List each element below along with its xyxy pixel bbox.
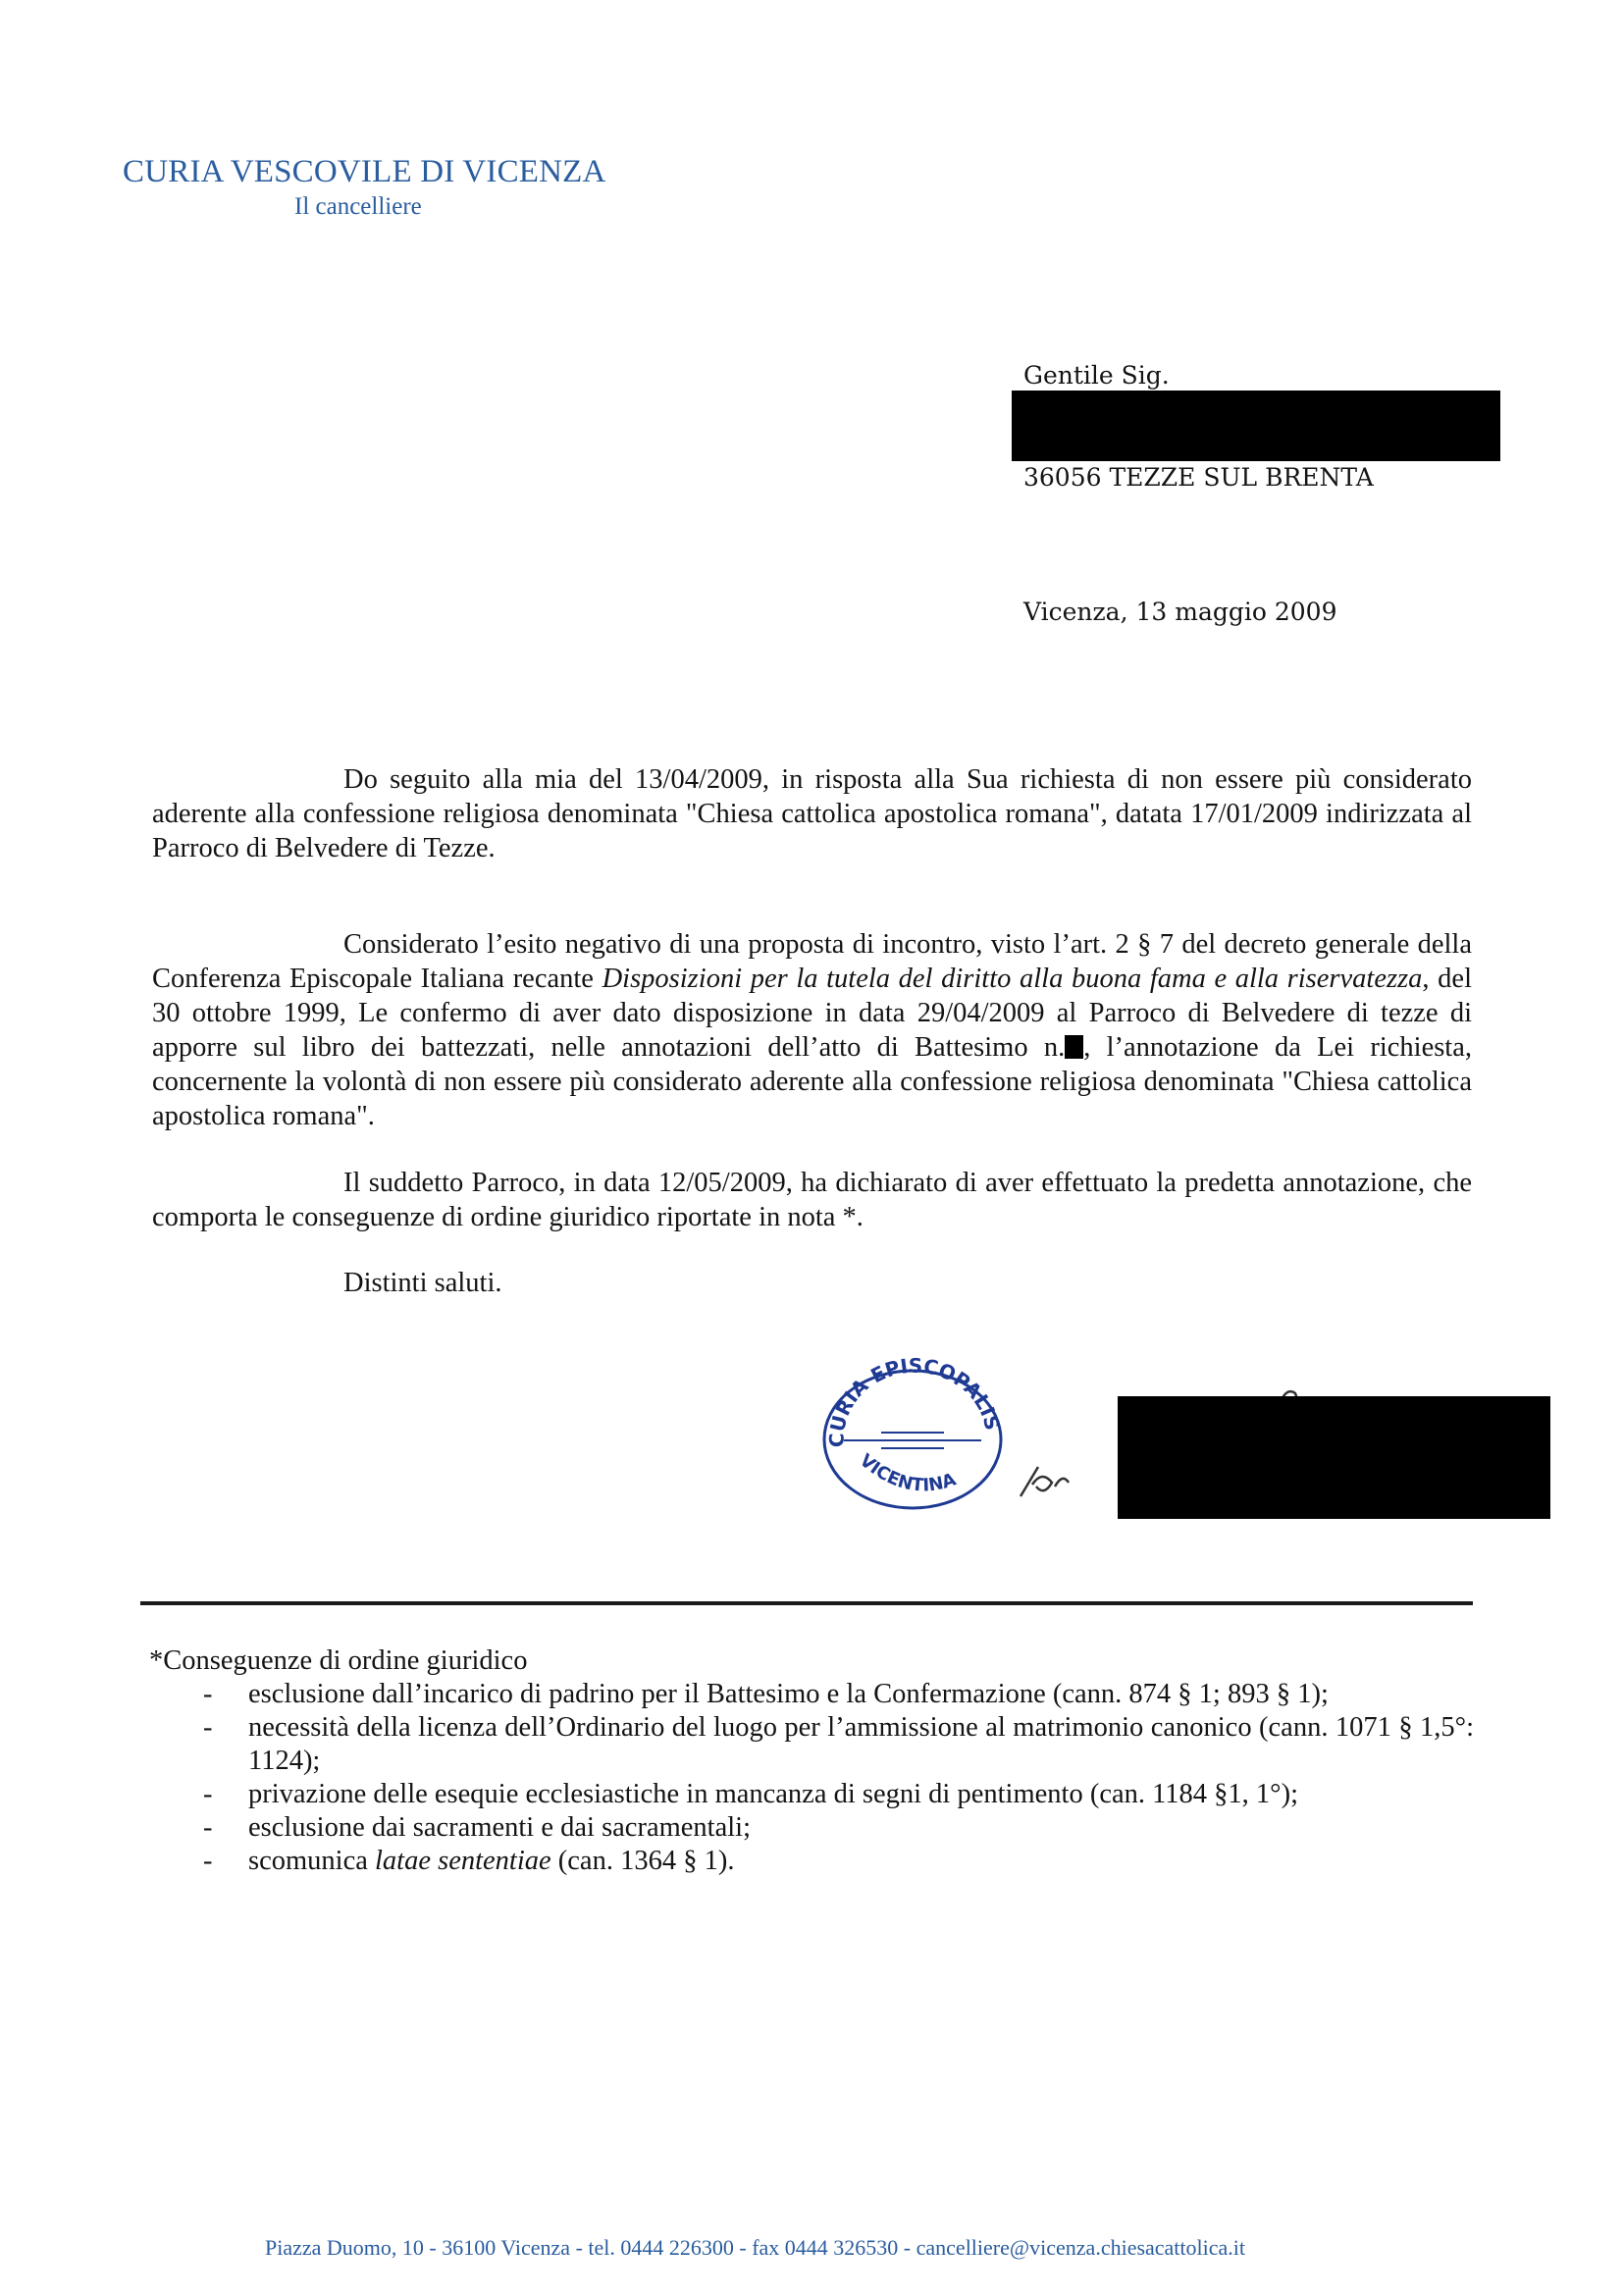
bullet-dash-icon: - [203, 1711, 213, 1745]
stamp-seal-icon: CURIA EPISCOPALIS VICENTINA [814, 1354, 1011, 1516]
decree-title: Disposizioni per la tutela del diritto a… [602, 964, 1423, 994]
paragraph-1: Do seguito alla mia del 13/04/2009, in r… [152, 762, 1472, 865]
footnote-item: -privazione delle esequie ecclesiastiche… [149, 1778, 1474, 1811]
bullet-dash-icon: - [203, 1678, 213, 1711]
footnote-list: -esclusione dall’incarico di padrino per… [149, 1678, 1474, 1878]
official-stamp: CURIA EPISCOPALIS VICENTINA [814, 1354, 1011, 1516]
letterhead-title: CURIA VESCOVILE DI VICENZA [123, 154, 606, 190]
bullet-dash-icon: - [203, 1811, 213, 1845]
footnote-item: -scomunica latae sententiae (can. 1364 §… [149, 1845, 1474, 1878]
letterhead-subtitle: Il cancelliere [294, 193, 422, 221]
signature-name-redaction [1118, 1396, 1550, 1519]
footer-address: Piazza Duomo, 10 - 36100 Vicenza - tel. … [265, 2235, 1245, 2261]
paragraph-3: Il suddetto Parroco, in data 12/05/2009,… [152, 1166, 1472, 1234]
svg-text:VICENTINA: VICENTINA [856, 1450, 959, 1496]
bullet-dash-icon: - [203, 1778, 213, 1811]
bullet-dash-icon: - [203, 1845, 213, 1878]
footnote-separator [140, 1601, 1473, 1605]
stamp-bottom-text: VICENTINA [856, 1450, 959, 1496]
footnote-item: -necessità della licenza dell’Ordinario … [149, 1711, 1474, 1778]
paragraph-2: Considerato l’esito negativo di una prop… [152, 927, 1472, 1133]
footnote-item: -esclusione dai sacramenti e dai sacrame… [149, 1811, 1474, 1845]
footnote-item: -esclusione dall’incarico di padrino per… [149, 1678, 1474, 1711]
recipient-name-redaction [1012, 391, 1500, 461]
footnote-title: *Conseguenze di ordine giuridico [149, 1644, 527, 1678]
recipient-city: 36056 TEZZE SUL BRENTA [1023, 463, 1374, 492]
baptism-number-redaction [1065, 1035, 1083, 1059]
letter-date: Vicenza, 13 maggio 2009 [1023, 598, 1336, 626]
recipient-greeting: Gentile Sig. [1023, 361, 1170, 390]
closing-salutation: Distinti saluti. [152, 1266, 1472, 1300]
